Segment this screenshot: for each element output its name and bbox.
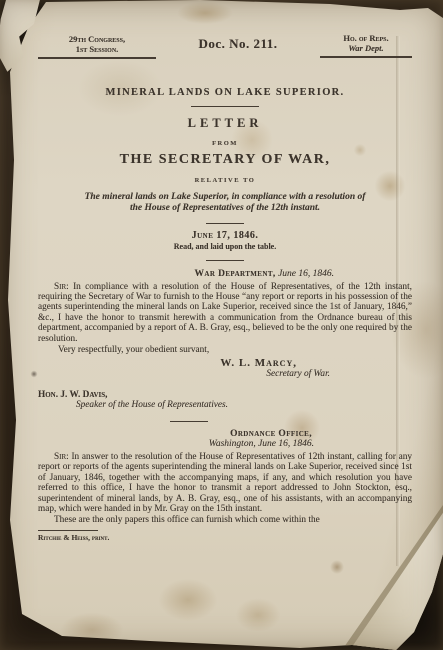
- read-note: Read, and laid upon the table.: [38, 242, 412, 251]
- closing-line: Very respectfully, your obedient survant…: [38, 345, 412, 355]
- subject-block: The mineral lands on Lake Superior, in c…: [38, 192, 412, 214]
- report-date: June 17, 1846.: [38, 230, 412, 241]
- signature-title: Secretary of War.: [38, 369, 412, 379]
- doc-number: Doc. No. 211.: [198, 34, 277, 52]
- congress-line: 29th Congress,: [38, 34, 156, 44]
- session-line: 1st Session.: [38, 44, 156, 54]
- dept-line: War Dept.: [320, 44, 412, 54]
- title-rule: [191, 106, 259, 107]
- ordnance-office-label: Ordnance Office,: [230, 429, 312, 439]
- addressee-name: Hon. J. W. Davis,: [38, 390, 412, 400]
- ordnance-letter-continued: These are the only papers this office ca…: [38, 515, 412, 525]
- document-page: 29th Congress, 1st Session. Doc. No. 211…: [0, 0, 443, 650]
- war-letter-text: In compliance with a resolution of the H…: [38, 282, 412, 344]
- masthead: 29th Congress, 1st Session. Doc. No. 211…: [38, 34, 412, 59]
- war-dept-dateline: War Department, June 16, 1846.: [38, 269, 412, 280]
- photo-backdrop: 29th Congress, 1st Session. Doc. No. 211…: [0, 0, 443, 650]
- ordnance-dateline-date: Washington, June 16, 1846.: [38, 439, 412, 450]
- addressee-title: Speaker of the House of Representatives.: [38, 400, 412, 410]
- document-title: MINERAL LANDS ON LAKE SUPERIOR.: [38, 87, 412, 98]
- masthead-rule-left: [38, 57, 156, 59]
- war-letter-salutation: Sir:: [54, 282, 69, 292]
- ordnance-dateline-place: Ordnance Office,: [38, 429, 412, 440]
- ordnance-letter-text: In answer to the resolution of the House…: [38, 452, 412, 514]
- author-heading: THE SECRETARY OF WAR,: [38, 152, 412, 168]
- war-letter-body: Sir: In compliance with a resolution of …: [38, 282, 412, 344]
- subject-line-1: The mineral lands on Lake Superior, in c…: [38, 192, 412, 203]
- chamber-block: Ho. of Reps. War Dept.: [320, 34, 412, 58]
- letter-heading: LETTER: [38, 116, 412, 131]
- subject-line-2: the House of Representatives of the 12th…: [38, 203, 412, 214]
- relative-to-label: RELATIVE TO: [38, 177, 412, 184]
- from-label: FROM: [38, 140, 412, 147]
- war-dateline-place: War Department,: [195, 269, 276, 279]
- separator-rule-1: [206, 223, 244, 224]
- war-dateline-date: June 16, 1846.: [278, 269, 334, 279]
- congress-session-block: 29th Congress, 1st Session.: [38, 34, 156, 59]
- masthead-rule-right: [320, 56, 412, 58]
- ordnance-letter-salutation: Sir:: [54, 452, 69, 462]
- printer-imprint: Ritchie & Heiss, print.: [38, 533, 412, 542]
- separator-rule-3: [170, 421, 208, 422]
- ordnance-letter-body: Sir: In answer to the resolution of the …: [38, 452, 412, 514]
- imprint-rule: [38, 530, 98, 531]
- ordnance-date-label: Washington, June 16, 1846.: [209, 439, 314, 449]
- separator-rule-2: [206, 260, 244, 261]
- signature-name: W. L. Marcy,: [38, 357, 412, 369]
- page-content: 29th Congress, 1st Session. Doc. No. 211…: [38, 34, 412, 542]
